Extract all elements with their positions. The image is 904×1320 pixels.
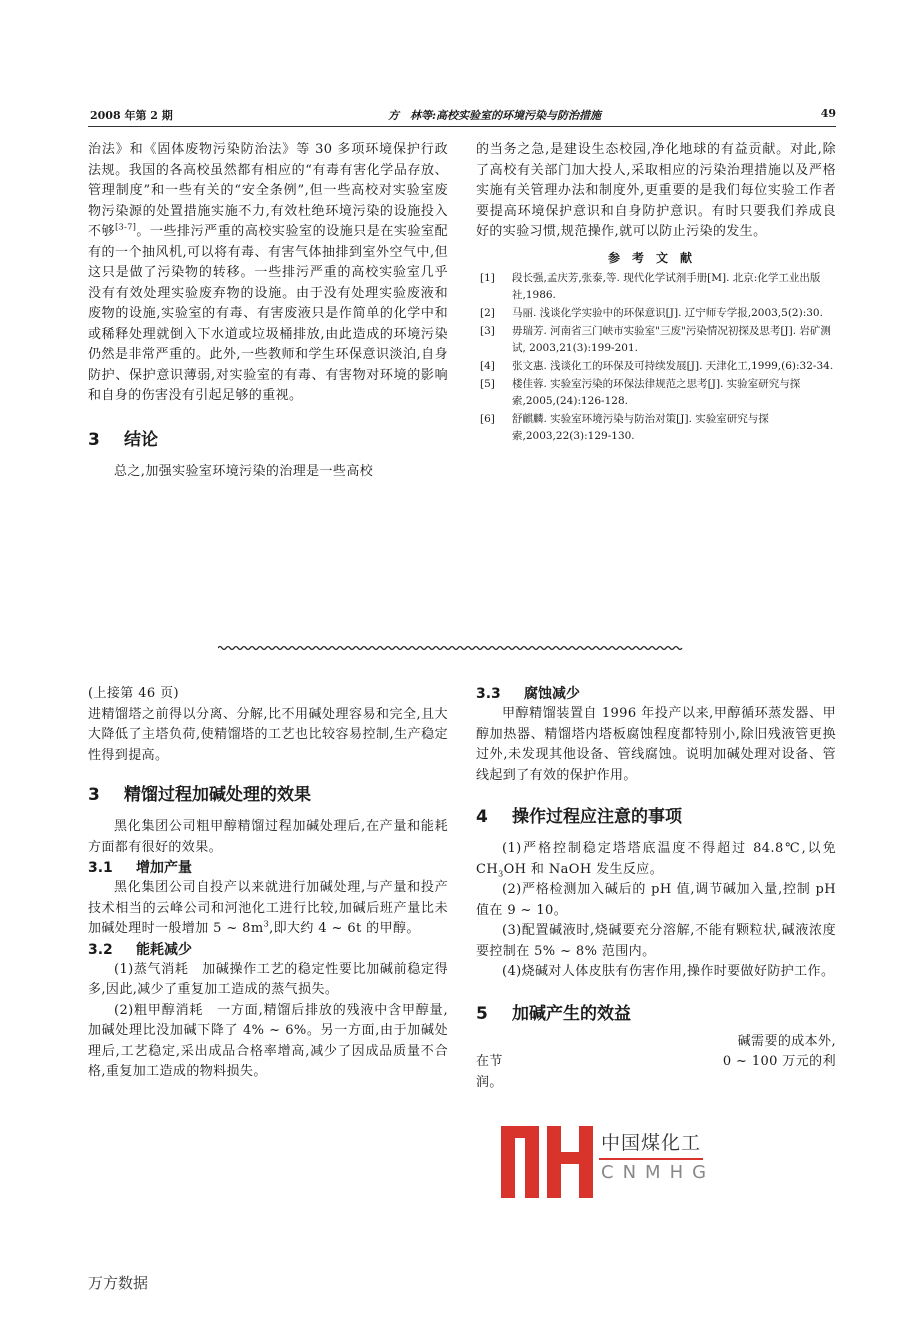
body-paragraph: 总之,加强实验室环境污染的治理是一些高校 xyxy=(88,462,448,483)
body-paragraph: 润。 xyxy=(476,1073,836,1094)
watermark-cn-text: 中国煤化工 xyxy=(601,1128,701,1155)
subsection-heading-3-2: 3.2能耗减少 xyxy=(88,940,448,960)
section-heading-4: 4操作过程应注意的事项 xyxy=(476,802,836,827)
reference-item: [3]毋瑞芳. 河南省三门峡市实验室"三废"污染情况初探及思考[J]. 岩矿测试… xyxy=(476,323,836,357)
reference-item: [5]楼佳蓉. 实验室污染的环保法律规范之思考[J]. 实验室研究与探索,200… xyxy=(476,376,836,410)
reference-item: [6]舒麒麟. 实验室环境污染与防治对策[J]. 实验室研究与探索,2003,2… xyxy=(476,411,836,445)
reference-item: [1]段长强,孟庆芳,张泰,等. 现代化学试剂手册[M]. 北京:化学工业出版社… xyxy=(476,270,836,304)
article2-left-column: (上接第 46 页) 进精馏塔之前得以分离、分解,比不用碱处理容易和完全,且大大… xyxy=(88,684,448,1083)
running-header: 2008 年第 2 期 方 林等:高校实验室的环境污染与防治措施 49 xyxy=(88,104,836,127)
subsection-heading-3-1: 3.1增加产量 xyxy=(88,858,448,878)
body-paragraph: 进精馏塔之前得以分离、分解,比不用碱处理容易和完全,且大大降低了主塔负荷,使精馏… xyxy=(88,705,448,767)
wavy-divider xyxy=(218,645,684,651)
reference-item: [4]张文惠. 浅谈化工的环保及可持续发展[J]. 天津化工,1999,(6):… xyxy=(476,358,836,375)
article1-right-column: 的当务之急,是建设生态校园,净化地球的有益贡献。对此,除了高校有关部门加大投人,… xyxy=(476,140,836,446)
continued-note: (上接第 46 页) xyxy=(88,684,448,705)
running-title: 方 林等:高校实验室的环境污染与防治措施 xyxy=(388,107,601,123)
body-paragraph: 黑化集团公司粗甲醇精馏过程加碱处理后,在产量和能耗方面都有很好的效果。 xyxy=(88,817,448,858)
issue-label: 2008 年第 2 期 xyxy=(90,107,173,123)
article1-left-column: 治法》和《固体废物污染防治法》等 30 多项环境保护行政法规。我国的各高校虽然都… xyxy=(88,140,448,482)
reference-item: [2]马丽. 浅谈化学实验中的环保意识[J]. 辽宁师专学报,2003,5(2)… xyxy=(476,305,836,322)
list-item: (1)蒸气消耗 加碱操作工艺的稳定性要比加碱前稳定得多,因此,减少了重复加工造成… xyxy=(88,960,448,1001)
body-paragraph: 在节0 ~ 100 万元的利 xyxy=(476,1052,836,1073)
list-item: (2)严格检测加入碱后的 pH 值,调节碱加入量,控制 pH 值在 9 ~ 10… xyxy=(476,880,836,921)
body-paragraph: 甲醇精馏装置自 1996 年投产以来,甲醇循环蒸发器、甲醇加热器、精馏塔内塔板腐… xyxy=(476,704,836,786)
article2-right-column: 3.3腐蚀减少 甲醇精馏装置自 1996 年投产以来,甲醇循环蒸发器、甲醇加热器… xyxy=(476,684,836,1093)
section-heading-conclusion: 3结论 xyxy=(88,425,448,450)
subsection-heading-3-3: 3.3腐蚀减少 xyxy=(476,684,836,704)
watermark-divider xyxy=(599,1158,703,1160)
source-footer: 万方数据 xyxy=(88,1272,148,1293)
list-item: (4)烧碱对人体皮肤有伤害作用,操作时要做好防护工作。 xyxy=(476,962,836,983)
body-paragraph: 碱需要的成本外, xyxy=(476,1032,836,1053)
body-paragraph: 的当务之急,是建设生态校园,净化地球的有益贡献。对此,除了高校有关部门加大投人,… xyxy=(476,140,836,243)
body-paragraph: 治法》和《固体废物污染防治法》等 30 多项环境保护行政法规。我国的各高校虽然都… xyxy=(88,140,448,407)
references-list: [1]段长强,孟庆芳,张泰,等. 现代化学试剂手册[M]. 北京:化学工业出版社… xyxy=(476,270,836,445)
list-item: (2)粗甲醇消耗 一方面,精馏后排放的残液中含甲醇量,加碱处理比没加碱下降了 4… xyxy=(88,1001,448,1083)
section-heading-5: 5加碱产生的效益 xyxy=(476,999,836,1024)
page-number: 49 xyxy=(821,107,836,120)
list-item: (1)严格控制稳定塔塔底温度不得超过 84.8℃,以免 CH3OH 和 NaOH… xyxy=(476,839,836,880)
list-item: (3)配置碱液时,烧碱要充分溶解,不能有颗粒状,碱液浓度要控制在 5% ~ 8%… xyxy=(476,921,836,962)
section-heading-3: 3精馏过程加碱处理的效果 xyxy=(88,780,448,805)
mh-logo-icon xyxy=(501,1126,593,1198)
citation: [3-7] xyxy=(115,223,136,232)
watermark-en-text: CNMHG xyxy=(601,1162,715,1183)
cnmhg-watermark-logo: 中国煤化工 CNMHG xyxy=(497,1126,727,1198)
references-title: 参考文献 xyxy=(476,249,836,266)
body-paragraph: 黑化集团公司自投产以来就进行加碱处理,与产量和投产技术相当的云峰公司和河池化工进… xyxy=(88,878,448,940)
